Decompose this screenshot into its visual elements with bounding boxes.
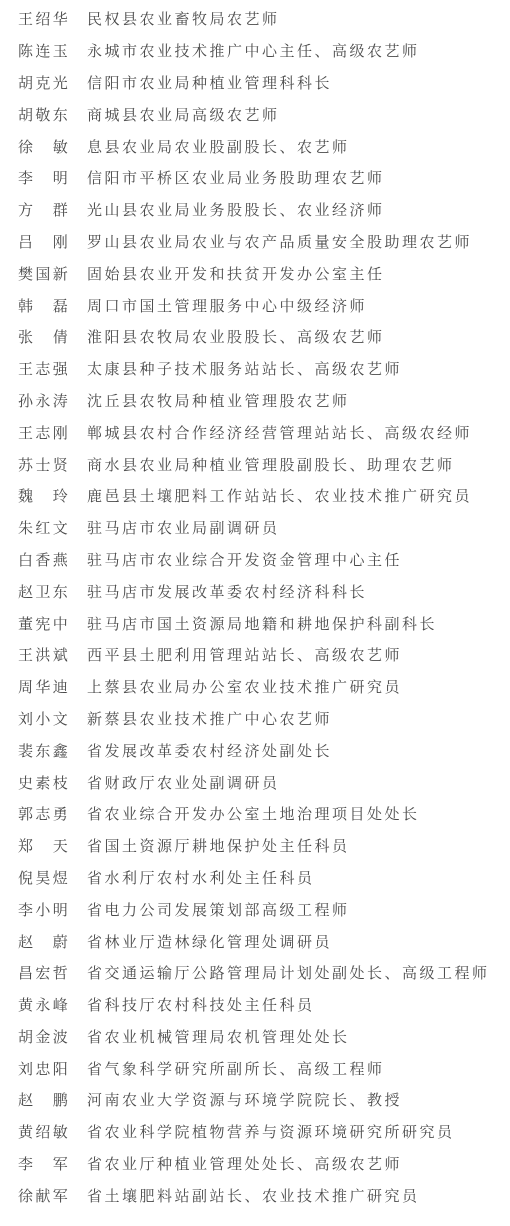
person-title: 省农业机械管理局农机管理处处长 xyxy=(87,1026,350,1047)
list-item: 赵 蔚 省林业厅造林绿化管理处调研员 xyxy=(0,925,510,957)
list-item: 李小明 省电力公司发展策划部高级工程师 xyxy=(0,893,510,925)
person-title: 省发展改革委农村经济处副处长 xyxy=(87,740,332,761)
list-item: 胡金波 省农业机械管理局农机管理处处长 xyxy=(0,1021,510,1053)
person-title: 息县农业局农业股副股长、农艺师 xyxy=(87,136,350,157)
person-name: 胡敬东 xyxy=(0,104,87,125)
list-item: 吕 刚 罗山县农业局农业与农产品质量安全股助理农艺师 xyxy=(0,226,510,258)
list-item: 朱红文 驻马店市农业局副调研员 xyxy=(0,512,510,544)
list-item: 孙永涛 沈丘县农牧局种植业管理股农艺师 xyxy=(0,385,510,417)
person-title: 省气象科学研究所副所长、高级工程师 xyxy=(87,1058,385,1079)
list-item: 王志刚 郸城县农村合作经济经营管理站站长、高级农经师 xyxy=(0,416,510,448)
list-item: 王洪斌 西平县土肥利用管理站站长、高级农艺师 xyxy=(0,639,510,671)
person-name: 周华迪 xyxy=(0,676,87,697)
person-name: 赵卫东 xyxy=(0,581,87,602)
person-name: 黄绍敏 xyxy=(0,1121,87,1142)
person-name: 白香燕 xyxy=(0,549,87,570)
person-name: 吕 刚 xyxy=(0,231,87,252)
list-item: 张 倩 淮阳县农牧局农业股股长、高级农艺师 xyxy=(0,321,510,353)
person-name: 李 明 xyxy=(0,167,87,188)
person-title: 西平县土肥利用管理站站长、高级农艺师 xyxy=(87,644,402,665)
list-item: 陈连玉 永城市农业技术推广中心主任、高级农艺师 xyxy=(0,35,510,67)
person-title: 省农业综合开发办公室土地治理项目处处长 xyxy=(87,803,420,824)
person-title: 信阳市平桥区农业局业务股助理农艺师 xyxy=(87,167,385,188)
person-title: 新蔡县农业技术推广中心农艺师 xyxy=(87,708,332,729)
personnel-list: 王绍华 民权县农业畜牧局农艺师 陈连玉 永城市农业技术推广中心主任、高级农艺师 … xyxy=(0,3,510,1211)
person-title: 上蔡县农业局办公室农业技术推广研究员 xyxy=(87,676,402,697)
list-item: 黄绍敏 省农业科学院植物营养与资源环境研究所研究员 xyxy=(0,1116,510,1148)
list-item: 徐献军 省土壤肥料站副站长、农业技术推广研究员 xyxy=(0,1179,510,1211)
list-item: 刘忠阳 省气象科学研究所副所长、高级工程师 xyxy=(0,1052,510,1084)
person-title: 信阳市农业局种植业管理科科长 xyxy=(87,72,332,93)
list-item: 赵 鹏 河南农业大学资源与环境学院院长、教授 xyxy=(0,1084,510,1116)
list-item: 郑 天 省国土资源厅耕地保护处主任科员 xyxy=(0,830,510,862)
list-item: 刘小文 新蔡县农业技术推广中心农艺师 xyxy=(0,703,510,735)
list-item: 董宪中 驻马店市国土资源局地籍和耕地保护科副科长 xyxy=(0,607,510,639)
list-item: 樊国新 固始县农业开发和扶贫开发办公室主任 xyxy=(0,257,510,289)
person-title: 省林业厅造林绿化管理处调研员 xyxy=(87,931,332,952)
person-name: 刘小文 xyxy=(0,708,87,729)
person-title: 省科技厅农村科技处主任科员 xyxy=(87,994,315,1015)
person-name: 昌宏哲 xyxy=(0,962,87,983)
list-item: 魏 玲 鹿邑县土壤肥料工作站站长、农业技术推广研究员 xyxy=(0,480,510,512)
list-item: 倪昊煜 省水利厅农村水利处主任科员 xyxy=(0,862,510,894)
person-title: 省水利厅农村水利处主任科员 xyxy=(87,867,315,888)
list-item: 胡克光 信阳市农业局种植业管理科科长 xyxy=(0,67,510,99)
person-name: 苏士贤 xyxy=(0,454,87,475)
person-title: 驻马店市国土资源局地籍和耕地保护科副科长 xyxy=(87,613,437,634)
person-name: 王绍华 xyxy=(0,8,87,29)
person-title: 省交通运输厅公路管理局计划处副处长、高级工程师 xyxy=(87,962,490,983)
person-name: 徐 敏 xyxy=(0,136,87,157)
list-item: 李 明 信阳市平桥区农业局业务股助理农艺师 xyxy=(0,162,510,194)
list-item: 黄永峰 省科技厅农村科技处主任科员 xyxy=(0,989,510,1021)
person-name: 倪昊煜 xyxy=(0,867,87,888)
person-name: 胡金波 xyxy=(0,1026,87,1047)
person-name: 郑 天 xyxy=(0,835,87,856)
list-item: 裴东鑫 省发展改革委农村经济处副处长 xyxy=(0,734,510,766)
person-title: 郸城县农村合作经济经营管理站站长、高级农经师 xyxy=(87,422,472,443)
person-title: 罗山县农业局农业与农产品质量安全股助理农艺师 xyxy=(87,231,472,252)
person-title: 永城市农业技术推广中心主任、高级农艺师 xyxy=(87,40,420,61)
list-item: 白香燕 驻马店市农业综合开发资金管理中心主任 xyxy=(0,544,510,576)
person-title: 固始县农业开发和扶贫开发办公室主任 xyxy=(87,263,385,284)
list-item: 李 军 省农业厅种植业管理处处长、高级农艺师 xyxy=(0,1148,510,1180)
person-title: 驻马店市农业局副调研员 xyxy=(87,517,280,538)
list-item: 苏士贤 商水县农业局种植业管理股副股长、助理农艺师 xyxy=(0,448,510,480)
person-name: 张 倩 xyxy=(0,326,87,347)
person-name: 樊国新 xyxy=(0,263,87,284)
list-item: 胡敬东 商城县农业局高级农艺师 xyxy=(0,98,510,130)
person-name: 董宪中 xyxy=(0,613,87,634)
person-title: 商水县农业局种植业管理股副股长、助理农艺师 xyxy=(87,454,455,475)
person-title: 商城县农业局高级农艺师 xyxy=(87,104,280,125)
person-title: 民权县农业畜牧局农艺师 xyxy=(87,8,280,29)
person-name: 裴东鑫 xyxy=(0,740,87,761)
person-name: 史素枝 xyxy=(0,772,87,793)
list-item: 王志强 太康县种子技术服务站站长、高级农艺师 xyxy=(0,353,510,385)
list-item: 周华迪 上蔡县农业局办公室农业技术推广研究员 xyxy=(0,671,510,703)
person-title: 省土壤肥料站副站长、农业技术推广研究员 xyxy=(87,1185,420,1206)
person-name: 赵 鹏 xyxy=(0,1089,87,1110)
person-name: 郭志勇 xyxy=(0,803,87,824)
person-title: 鹿邑县土壤肥料工作站站长、农业技术推广研究员 xyxy=(87,485,472,506)
person-title: 河南农业大学资源与环境学院院长、教授 xyxy=(87,1089,402,1110)
person-title: 周口市国土管理服务中心中级经济师 xyxy=(87,295,367,316)
person-name: 魏 玲 xyxy=(0,485,87,506)
person-name: 徐献军 xyxy=(0,1185,87,1206)
list-item: 郭志勇 省农业综合开发办公室土地治理项目处处长 xyxy=(0,798,510,830)
person-name: 黄永峰 xyxy=(0,994,87,1015)
person-name: 李 军 xyxy=(0,1153,87,1174)
list-item: 徐 敏 息县农业局农业股副股长、农艺师 xyxy=(0,130,510,162)
list-item: 史素枝 省财政厅农业处副调研员 xyxy=(0,766,510,798)
person-title: 淮阳县农牧局农业股股长、高级农艺师 xyxy=(87,326,385,347)
person-name: 陈连玉 xyxy=(0,40,87,61)
person-title: 沈丘县农牧局种植业管理股农艺师 xyxy=(87,390,350,411)
person-name: 王洪斌 xyxy=(0,644,87,665)
person-name: 韩 磊 xyxy=(0,295,87,316)
person-title: 省国土资源厅耕地保护处主任科员 xyxy=(87,835,350,856)
person-name: 李小明 xyxy=(0,899,87,920)
person-title: 省农业厅种植业管理处处长、高级农艺师 xyxy=(87,1153,402,1174)
person-title: 驻马店市农业综合开发资金管理中心主任 xyxy=(87,549,402,570)
person-title: 光山县农业局业务股股长、农业经济师 xyxy=(87,199,385,220)
person-name: 胡克光 xyxy=(0,72,87,93)
person-name: 赵 蔚 xyxy=(0,931,87,952)
person-title: 省电力公司发展策划部高级工程师 xyxy=(87,899,350,920)
list-item: 韩 磊 周口市国土管理服务中心中级经济师 xyxy=(0,289,510,321)
person-name: 王志刚 xyxy=(0,422,87,443)
list-item: 方 群 光山县农业局业务股股长、农业经济师 xyxy=(0,194,510,226)
person-name: 王志强 xyxy=(0,358,87,379)
person-name: 方 群 xyxy=(0,199,87,220)
person-title: 省财政厅农业处副调研员 xyxy=(87,772,280,793)
list-item: 昌宏哲 省交通运输厅公路管理局计划处副处长、高级工程师 xyxy=(0,957,510,989)
person-name: 孙永涛 xyxy=(0,390,87,411)
person-name: 朱红文 xyxy=(0,517,87,538)
person-title: 驻马店市发展改革委农村经济科科长 xyxy=(87,581,367,602)
list-item: 王绍华 民权县农业畜牧局农艺师 xyxy=(0,3,510,35)
person-title: 省农业科学院植物营养与资源环境研究所研究员 xyxy=(87,1121,455,1142)
list-item: 赵卫东 驻马店市发展改革委农村经济科科长 xyxy=(0,575,510,607)
person-title: 太康县种子技术服务站站长、高级农艺师 xyxy=(87,358,402,379)
person-name: 刘忠阳 xyxy=(0,1058,87,1079)
